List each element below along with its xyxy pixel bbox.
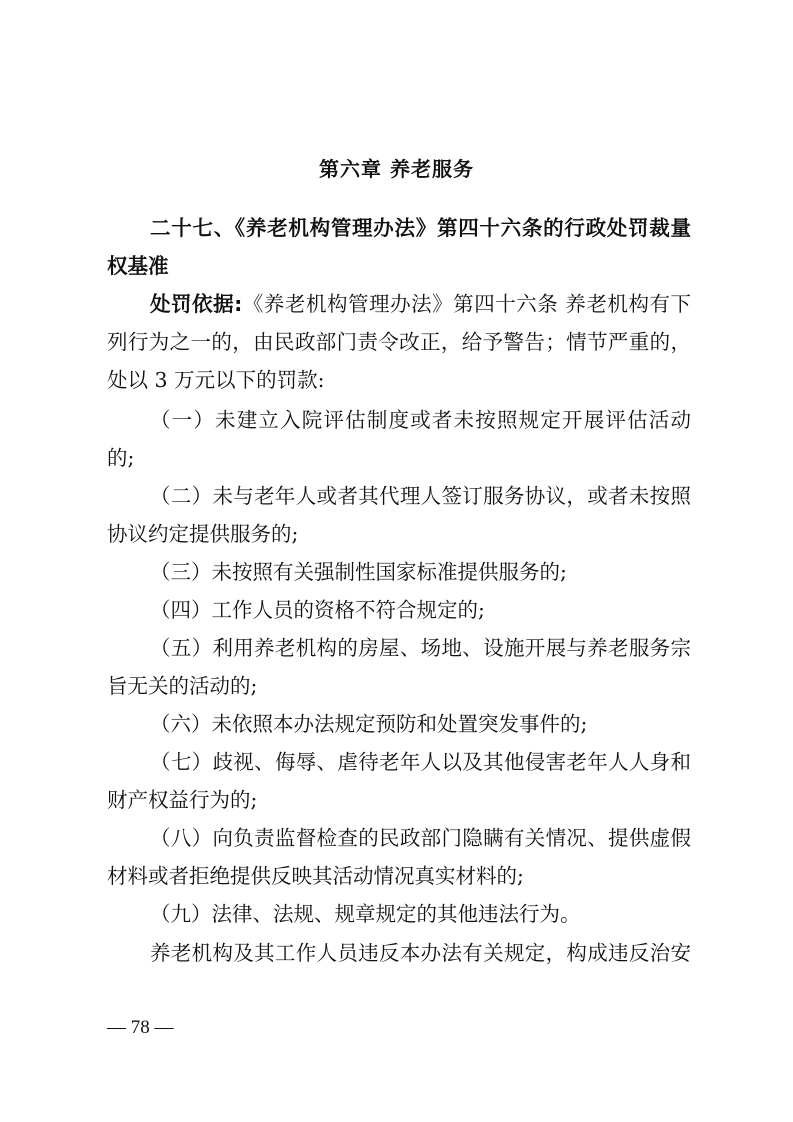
- page-number: — 78 —: [107, 1016, 174, 1040]
- penalty-basis-line-1: 处罚依据:《养老机构管理办法》第四十六条 养老机构有下: [150, 289, 691, 319]
- item-7-line-1: （七）歧视、侮辱、虐待老年人以及其他侵害老年人人身和: [150, 747, 691, 777]
- item-5-line-1: （五）利用养老机构的房屋、场地、设施开展与养老服务宗: [150, 633, 691, 663]
- item-8-line-2: 材料或者拒绝提供反映其活动情况真实材料的;: [107, 861, 691, 891]
- chapter-title: 第六章 养老服务: [0, 154, 793, 184]
- penalty-basis-text: 《养老机构管理办法》第四十六条 养老机构有下: [242, 292, 691, 316]
- item-1-line-2: 的;: [107, 443, 691, 473]
- section-heading-line-1: 二十七、《养老机构管理办法》第四十六条的行政处罚裁量: [150, 213, 691, 243]
- penalty-basis-label: 处罚依据:: [150, 292, 242, 316]
- item-9: （九）法律、法规、规章规定的其他违法行为。: [150, 899, 691, 929]
- item-8-line-1: （八）向负责监督检查的民政部门隐瞒有关情况、提供虚假: [150, 823, 691, 853]
- item-6: （六）未依照本办法规定预防和处置突发事件的;: [150, 709, 691, 739]
- item-4: （四）工作人员的资格不符合规定的;: [150, 595, 691, 625]
- item-7-line-2: 财产权益行为的;: [107, 785, 691, 815]
- item-3: （三）未按照有关强制性国家标准提供服务的;: [150, 557, 691, 587]
- item-2-line-2: 协议约定提供服务的;: [107, 519, 691, 549]
- section-heading-line-2: 权基准: [107, 251, 691, 281]
- item-2-line-1: （二）未与老年人或者其代理人签订服务协议，或者未按照: [150, 481, 691, 511]
- item-5-line-2: 旨无关的活动的;: [107, 671, 691, 701]
- item-1-line-1: （一）未建立入院评估制度或者未按照规定开展评估活动: [150, 405, 691, 435]
- document-page: 第六章 养老服务 二十七、《养老机构管理办法》第四十六条的行政处罚裁量 权基准 …: [0, 0, 793, 1122]
- penalty-basis-line-3: 处以 3 万元以下的罚款:: [107, 365, 691, 395]
- penalty-basis-line-2: 列行为之一的，由民政部门责令改正，给予警告；情节严重的，: [107, 327, 691, 357]
- closing-paragraph-line: 养老机构及其工作人员违反本办法有关规定，构成违反治安: [150, 938, 691, 968]
